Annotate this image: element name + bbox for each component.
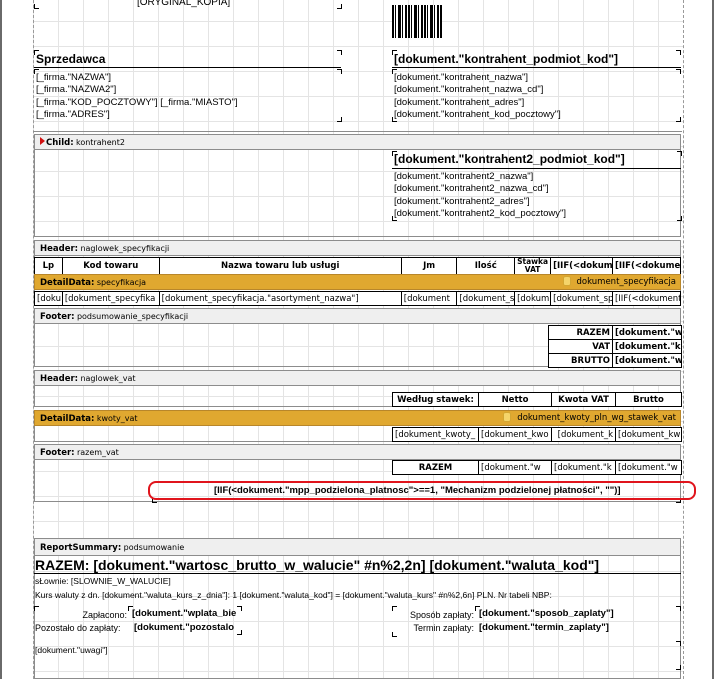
- buyer2-line[interactable]: [dokument."kontrahent2_kod_pocztowy"]: [394, 208, 566, 220]
- remaining-value[interactable]: [dokument."pozostalo: [134, 622, 234, 634]
- notes-field[interactable]: [dokument."uwagi"]: [35, 644, 108, 656]
- detail-vat-band-header[interactable]: DetailData: kwoty_vat dokument_kwoty_pln…: [34, 410, 681, 426]
- datasource-name: dokument_kwoty_pln_wg_stawek_vat: [517, 413, 676, 423]
- vat-detail-table: [dokument_kwoty_ [dokument_kwo [dokument…: [392, 427, 682, 442]
- summary-total-line[interactable]: RAZEM: [dokument."wartosc_brutto_w_waluc…: [35, 557, 599, 573]
- paid-value[interactable]: [dokument."wplata_bie: [132, 608, 236, 620]
- col-header-iif1[interactable]: [IIF(<dokume: [551, 258, 613, 275]
- datasource-icon: [503, 412, 511, 422]
- payment-method-label[interactable]: Sposób zapłaty:: [396, 609, 474, 621]
- vat-total-label[interactable]: RAZEM: [393, 461, 479, 475]
- detail-cell[interactable]: [dokument_kwoty_: [393, 428, 479, 442]
- vat-total-kwota[interactable]: [dokument."k: [552, 461, 616, 475]
- buyer-line[interactable]: [dokument."kontrahent_adres"]: [394, 97, 524, 109]
- footer-vat-band-header[interactable]: Footer: razem_vat: [34, 444, 681, 460]
- right-page-margin: [683, 0, 684, 679]
- col-header-stawka[interactable]: Stawka VAT: [515, 258, 551, 275]
- spec-totals-table: RAZEM[dokument."w VAT[dokument."k BRUTTO…: [548, 325, 682, 368]
- seller-line[interactable]: [_firma."KOD_POCZTOWY"] [_firma."MIASTO"…: [36, 97, 238, 109]
- col-header-nazwa[interactable]: Nazwa towaru lub usługi: [159, 258, 401, 275]
- detail-cell[interactable]: [dokument_specyfikacja."asortyment_nazwa…: [159, 292, 401, 306]
- buyer-line[interactable]: [dokument."kontrahent_kod_pocztowy"]: [394, 109, 561, 121]
- vat-totals-table: RAZEM [dokument."w [dokument."k [dokumen…: [392, 460, 682, 475]
- remaining-label[interactable]: Pozostało do zapłaty:: [35, 622, 121, 634]
- vat-header-table: Według stawek: Netto Kwota VAT Brutto: [392, 392, 682, 407]
- buyer-line[interactable]: [dokument."kontrahent_nazwa"]: [394, 72, 528, 84]
- brutto-value[interactable]: [dokument."w: [613, 354, 682, 368]
- footer-spec-band-header[interactable]: Footer: podsumowanie_specyfikacji: [34, 308, 681, 324]
- detail-cell[interactable]: [dokument_specyfika: [62, 292, 159, 306]
- col-header-jm[interactable]: Jm: [401, 258, 457, 275]
- detail-cell[interactable]: [dokument_k: [552, 428, 616, 442]
- band-type: Child:: [46, 138, 74, 148]
- buyer2-line[interactable]: [dokument."kontrahent2_nazwa"]: [394, 171, 533, 183]
- seller-line[interactable]: [_firma."ADRES"]: [36, 109, 110, 121]
- vat-label[interactable]: VAT: [549, 340, 613, 354]
- paid-label[interactable]: Zapłacono:: [35, 609, 127, 621]
- vat-value[interactable]: [dokument."k: [613, 340, 682, 354]
- detail-cell[interactable]: [doku: [35, 292, 63, 306]
- vat-total-brutto[interactable]: [dokument."w: [616, 461, 682, 475]
- col-header-kod[interactable]: Kod towaru: [62, 258, 159, 275]
- payment-term-value[interactable]: [dokument."termin_zaplaty"]: [479, 622, 609, 634]
- buyer-underline: [392, 67, 681, 68]
- detail-cell[interactable]: [dokum: [515, 292, 551, 306]
- seller-line[interactable]: [_firma."NAZWA"]: [36, 72, 111, 84]
- designer-left-frame: [0, 0, 2, 679]
- detail-cell[interactable]: [dokument_sp: [551, 292, 613, 306]
- total-value[interactable]: [dokument."w: [613, 326, 682, 340]
- detail-cell[interactable]: [dokument_kw: [616, 428, 682, 442]
- datasource-name: dokument_specyfikacja: [577, 277, 676, 287]
- barcode-object[interactable]: [392, 5, 442, 38]
- vat-total-netto[interactable]: [dokument."w: [479, 461, 552, 475]
- col-header-brutto[interactable]: Brutto: [616, 393, 682, 407]
- original-copy-field[interactable]: [ORYGINAL_KOPIA]: [137, 0, 230, 9]
- col-header-wg-stawek[interactable]: Według stawek:: [393, 393, 479, 407]
- summary-band-header[interactable]: ReportSummary: podsumowanie: [34, 538, 681, 556]
- highlight-annotation: [148, 481, 696, 500]
- detail-spec-band-header[interactable]: DetailData: specyfikacja dokument_specyf…: [34, 274, 681, 290]
- spec-header-table: Lp Kod towaru Nazwa towaru lub usługi Jm…: [34, 257, 681, 275]
- buyer2-line[interactable]: [dokument."kontrahent2_nazwa_cd"]: [394, 183, 549, 195]
- datasource-icon: [563, 276, 571, 286]
- band-name: kontrahent2: [76, 138, 125, 147]
- brutto-label[interactable]: BRUTTO: [549, 354, 613, 368]
- child-band-header[interactable]: Child: kontrahent2: [34, 134, 681, 150]
- seller-heading[interactable]: Sprzedawca: [36, 53, 105, 65]
- col-header-ilosc[interactable]: Ilość: [457, 258, 515, 275]
- detail-cell[interactable]: [dokument_kwo: [479, 428, 552, 442]
- header-spec-band-header[interactable]: Header: naglowek_specyfikacji: [34, 240, 681, 256]
- payment-term-label[interactable]: Termin zapłaty:: [396, 622, 474, 634]
- detail-cell[interactable]: [dokument_sp: [457, 292, 515, 306]
- buyer2-heading[interactable]: [dokument."kontrahent2_podmiot_kod"]: [394, 153, 625, 165]
- buyer-line[interactable]: [dokument."kontrahent_nazwa_cd"]: [394, 84, 543, 96]
- amount-in-words[interactable]: sŁownie: [SLOWNIE_W_WALUCIE]: [35, 575, 171, 587]
- seller-line[interactable]: [_firma."NAZWA2"]: [36, 84, 116, 96]
- buyer-heading[interactable]: [dokument."kontrahent_podmiot_kod"]: [394, 53, 618, 65]
- col-header-lp[interactable]: Lp: [35, 258, 63, 275]
- col-header-kwota-vat[interactable]: Kwota VAT: [552, 393, 616, 407]
- total-label[interactable]: RAZEM: [549, 326, 613, 340]
- detail-cell[interactable]: [dokument: [401, 292, 457, 306]
- spec-detail-table: [doku [dokument_specyfika [dokument_spec…: [34, 291, 681, 306]
- exchange-rate-line[interactable]: Kurs waluty z dn. [dokument."waluta_kurs…: [35, 589, 552, 601]
- detail-cell[interactable]: [IIF(<dokument: [612, 292, 680, 306]
- header-vat-band-header[interactable]: Header: naglowek_vat: [34, 370, 681, 386]
- payment-method-value[interactable]: [dokument."sposob_zaplaty"]: [479, 608, 614, 620]
- col-header-netto[interactable]: Netto: [479, 393, 552, 407]
- child-marker-icon: [40, 137, 45, 145]
- col-header-iif2[interactable]: [IIF(<dokume: [612, 258, 680, 275]
- seller-underline: [34, 67, 341, 68]
- buyer2-line[interactable]: [dokument."kontrahent2_adres"]: [394, 196, 530, 208]
